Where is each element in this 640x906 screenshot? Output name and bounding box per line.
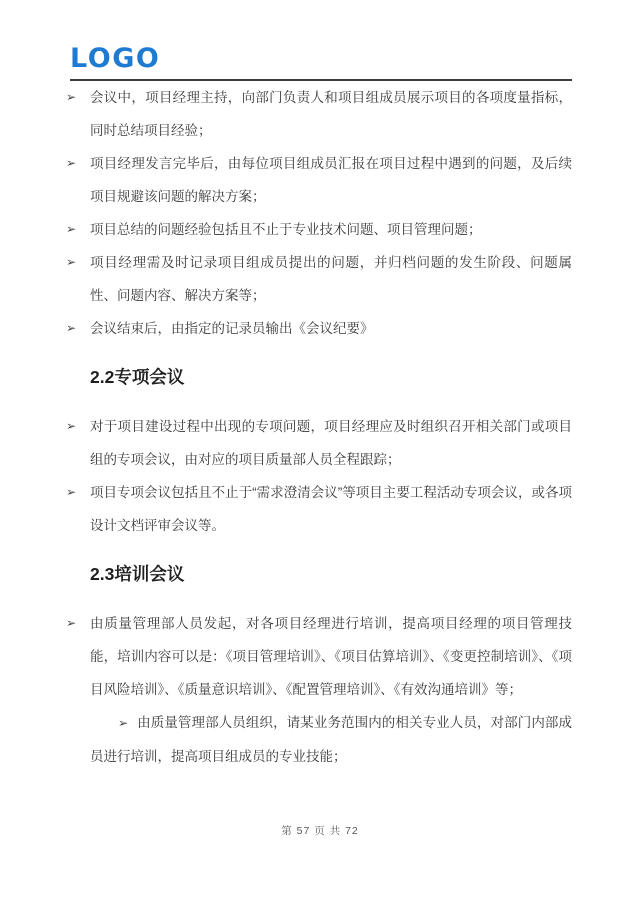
sub-bullet-text: 由质量管理部人员组织，请某业务范围内的相关专业人员，对部门内部成员进行培训，提高… <box>90 715 572 764</box>
arrow-bullet-icon: ➢ <box>66 476 90 542</box>
bullet-text: 项目总结的问题经验包括且不止于专业技术问题、项目管理问题； <box>90 213 572 246</box>
bullet-item: ➢ 项目总结的问题经验包括且不止于专业技术问题、项目管理问题； <box>66 213 572 246</box>
document-page: LOGO ➢ 会议中，项目经理主持，向部门负责人和项目组成员展示项目的各项度量指… <box>0 0 640 906</box>
arrow-bullet-icon: ➢ <box>66 246 90 312</box>
arrow-bullet-icon: ➢ <box>66 312 90 345</box>
section-heading-2-2: 2.2专项会议 <box>90 361 572 394</box>
bullet-item: ➢ 对于项目建设过程中出现的专项问题，项目经理应及时组织召开相关部门或项目组的专… <box>66 410 572 476</box>
arrow-bullet-icon: ➢ <box>66 213 90 246</box>
document-header: LOGO <box>70 44 572 81</box>
arrow-bullet-icon: ➢ <box>118 716 128 730</box>
bullet-item: ➢ 会议中，项目经理主持，向部门负责人和项目组成员展示项目的各项度量指标，同时总… <box>66 81 572 147</box>
bullet-text: 项目经理需及时记录项目组成员提出的问题，并归档问题的发生阶段、问题属性、问题内容… <box>90 246 572 312</box>
arrow-bullet-icon: ➢ <box>66 147 90 213</box>
bullet-item: ➢ 项目经理发言完毕后，由每位项目组成员汇报在项目过程中遇到的问题，及后续项目规… <box>66 147 572 213</box>
page-footer: 第 57 页 共 72 <box>0 823 640 838</box>
sub-bullet-item: ➢由质量管理部人员组织，请某业务范围内的相关专业人员，对部门内部成员进行培训，提… <box>90 706 572 773</box>
document-body: ➢ 会议中，项目经理主持，向部门负责人和项目组成员展示项目的各项度量指标，同时总… <box>66 81 572 773</box>
bullet-item: ➢ 会议结束后，由指定的记录员输出《会议纪要》 <box>66 312 572 345</box>
bullet-text: 会议结束后，由指定的记录员输出《会议纪要》 <box>90 312 572 345</box>
bullet-text: 由质量管理部人员发起，对各项目经理进行培训，提高项目经理的项目管理技能，培训内容… <box>90 607 572 706</box>
bullet-text: 项目专项会议包括且不止于“需求澄清会议”等项目主要工程活动专项会议，或各项设计文… <box>90 476 572 542</box>
bullet-item: ➢ 项目经理需及时记录项目组成员提出的问题，并归档问题的发生阶段、问题属性、问题… <box>66 246 572 312</box>
section-heading-2-3: 2.3培训会议 <box>90 558 572 591</box>
page-number-label: 第 57 页 共 72 <box>281 825 359 837</box>
arrow-bullet-icon: ➢ <box>66 81 90 147</box>
bullet-text: 对于项目建设过程中出现的专项问题，项目经理应及时组织召开相关部门或项目组的专项会… <box>90 410 572 476</box>
bullet-text: 会议中，项目经理主持，向部门负责人和项目组成员展示项目的各项度量指标，同时总结项… <box>90 81 572 147</box>
logo: LOGO <box>70 44 572 74</box>
arrow-bullet-icon: ➢ <box>66 410 90 476</box>
bullet-item: ➢ 由质量管理部人员发起，对各项目经理进行培训，提高项目经理的项目管理技能，培训… <box>66 607 572 706</box>
arrow-bullet-icon: ➢ <box>66 607 90 706</box>
bullet-text: 项目经理发言完毕后，由每位项目组成员汇报在项目过程中遇到的问题，及后续项目规避该… <box>90 147 572 213</box>
bullet-item: ➢ 项目专项会议包括且不止于“需求澄清会议”等项目主要工程活动专项会议，或各项设… <box>66 476 572 542</box>
